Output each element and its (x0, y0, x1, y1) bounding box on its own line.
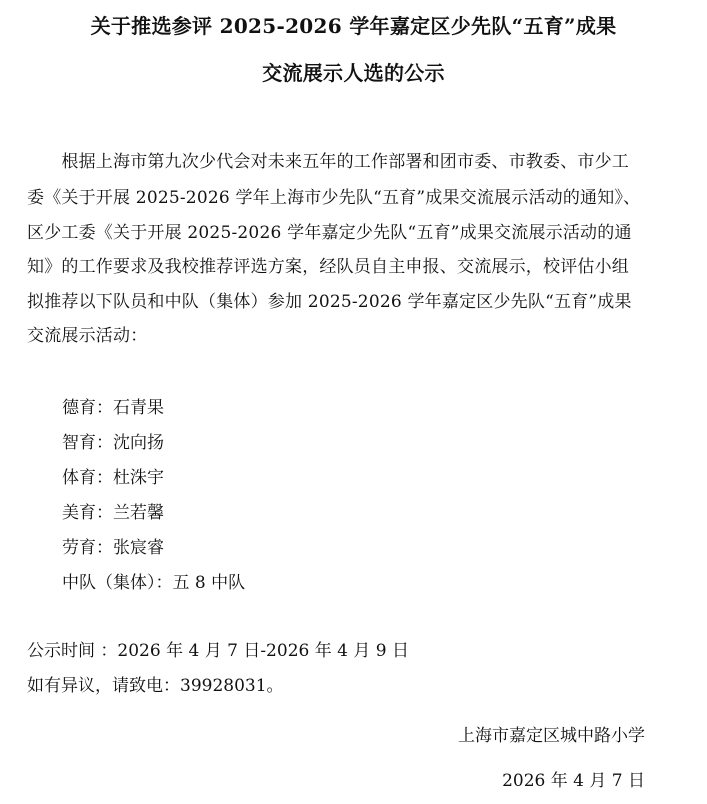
signature-organization: 上海市嘉定区城中路小学 (458, 721, 645, 746)
body-line: 交流展示活动： (27, 321, 147, 346)
signature-date: 2026 年 4 月 7 日 (502, 766, 645, 791)
announcement-period: 公示时间 ：2026 年 4 月 7 日-2026 年 4 月 9 日 (27, 636, 409, 661)
document-title-line-2: 交流展示人选的公示 (0, 57, 707, 86)
body-line: 拟推荐以下队员和中队（集体）参加 2025-2026 学年嘉定区少先队“五育”成… (27, 287, 632, 312)
body-line: 根据上海市第九次少代会对未来五年的工作部署和团市委、市教委、市少工 (27, 147, 629, 172)
nominee-item: 美育：兰若馨 (62, 498, 164, 523)
body-line: 知》的工作要求及我校推荐评选方案，经队员自主申报、交流展示，校评估小组 (27, 252, 629, 277)
nominee-item: 中队（集体）：五 8 中队 (62, 568, 245, 593)
body-line: 区少工委《关于开展 2025-2026 学年嘉定少先队“五育”成果交流展示活动的… (27, 218, 632, 243)
nominee-item: 德育：石青果 (62, 393, 164, 418)
nominee-item: 体育：杜洙宇 (62, 463, 164, 488)
body-line: 委《关于开展 2025-2026 学年上海市少先队“五育”成果交流展示活动的通知… (27, 183, 640, 208)
nominee-item: 智育：沈向扬 (62, 428, 164, 453)
nominee-item: 劳育：张宸睿 (62, 533, 164, 558)
document-title-line-1: 关于推选参评 2025-2026 学年嘉定区少先队“五育”成果 (0, 10, 707, 39)
contact-info: 如有异议，请致电：39928031。 (27, 671, 284, 696)
